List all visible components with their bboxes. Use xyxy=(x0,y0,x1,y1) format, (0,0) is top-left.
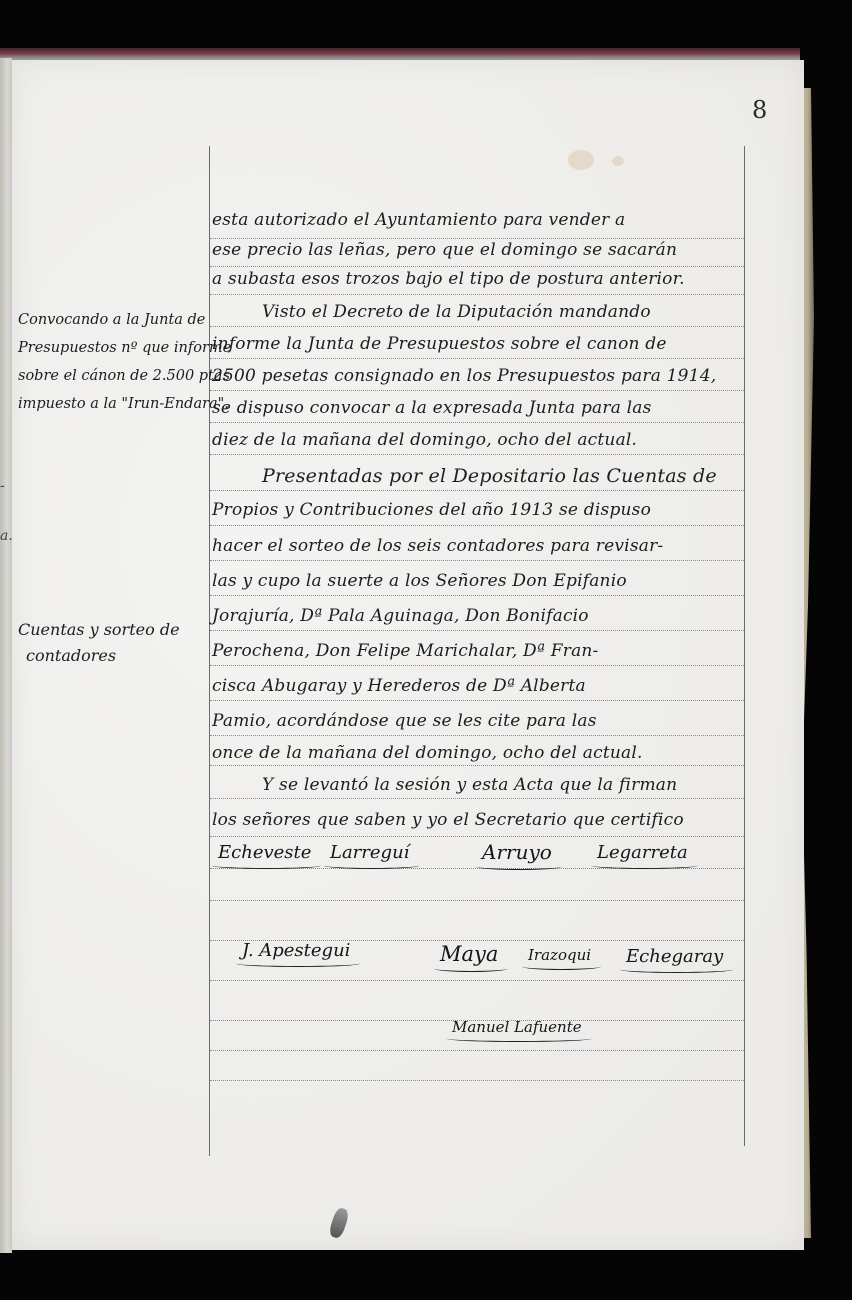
ruled-line xyxy=(210,836,744,837)
ruled-line xyxy=(210,238,744,239)
text-line: Perochena, Don Felipe Marichalar, Dª Fra… xyxy=(212,641,752,661)
ruled-line xyxy=(210,490,744,491)
ruled-line xyxy=(210,765,744,766)
ink-smudge xyxy=(328,1207,351,1240)
ledger-page: 8 esta autorizado el Ayuntamiento para v… xyxy=(12,60,804,1250)
text-line: esta autorizado el Ayuntamiento para ven… xyxy=(212,210,752,230)
ruled-line xyxy=(210,595,744,596)
text-line: Pamio, acordándose que se les cite para … xyxy=(212,711,752,731)
ruled-line xyxy=(210,326,744,327)
margin-note-line: Presupuestos nº que informe xyxy=(18,340,218,356)
bleed-through-mark: - xyxy=(0,478,5,494)
signature: Maya xyxy=(440,942,498,966)
signature: Arruyo xyxy=(482,840,552,864)
text-line: once de la mañana del domingo, ocho del … xyxy=(212,743,752,763)
text-line: se dispuso convocar a la expresada Junta… xyxy=(212,398,752,418)
secretary-signature: Manuel Lafuente xyxy=(452,1018,582,1036)
ruled-line xyxy=(210,700,744,701)
ruled-line xyxy=(210,665,744,666)
ruled-line xyxy=(210,294,744,295)
text-line: las y cupo la suerte a los Señores Don E… xyxy=(212,571,752,591)
ruled-line xyxy=(210,358,744,359)
ruled-line xyxy=(210,560,744,561)
ruled-line xyxy=(210,980,744,981)
margin-note-line: Cuentas y sorteo de xyxy=(18,620,218,639)
paper-stain xyxy=(568,150,594,170)
ruled-line xyxy=(210,454,744,455)
margin-note-line: sobre el cánon de 2.500 ptas xyxy=(18,368,218,384)
paper-stain xyxy=(612,156,624,166)
ruled-line xyxy=(210,1080,744,1081)
margin-note-line: impuesto a la "Irun-Endara". xyxy=(18,396,218,412)
text-line: 2500 pesetas consignado en los Presupues… xyxy=(212,366,752,386)
ruled-line xyxy=(210,900,744,901)
text-line: ese precio las leñas, pero que el doming… xyxy=(212,240,752,260)
margin-note-line: Convocando a la Junta de xyxy=(18,312,218,328)
text-line: a subasta esos trozos bajo el tipo de po… xyxy=(212,269,752,289)
text-line: cisca Abugaray y Herederos de Dª Alberta xyxy=(212,676,752,696)
text-line: Y se levantó la sesión y esta Acta que l… xyxy=(212,775,752,795)
bleed-through-mark: a. xyxy=(0,528,13,544)
text-line: los señores que saben y yo el Secretario… xyxy=(212,810,752,830)
signature: Echegaray xyxy=(626,946,723,967)
signature: Irazoqui xyxy=(528,946,591,964)
ruled-line xyxy=(210,266,744,267)
text-line: diez de la mañana del domingo, ocho del … xyxy=(212,430,752,450)
text-line: Presentadas por el Depositario las Cuent… xyxy=(212,465,752,487)
ruled-line xyxy=(210,390,744,391)
signature: Echeveste xyxy=(218,842,311,863)
ruled-line xyxy=(210,798,744,799)
signature: J. Apestegui xyxy=(242,940,350,961)
signature: Larreguí xyxy=(330,842,409,863)
ruled-line xyxy=(210,735,744,736)
text-line: informe la Junta de Presupuestos sobre e… xyxy=(212,334,752,354)
text-line: Propios y Contribuciones del año 1913 se… xyxy=(212,500,752,520)
ruled-line xyxy=(210,422,744,423)
text-line: Visto el Decreto de la Diputación mandan… xyxy=(212,302,752,322)
margin-note-line: contadores xyxy=(26,646,226,665)
text-line: Jorajuría, Dª Pala Aguinaga, Don Bonifac… xyxy=(212,606,752,626)
ruled-line xyxy=(210,1050,744,1051)
book-spine xyxy=(0,58,12,1253)
ruled-line xyxy=(210,525,744,526)
signature: Legarreta xyxy=(597,842,688,863)
text-line: hacer el sorteo de los seis contadores p… xyxy=(212,536,752,556)
page-number: 8 xyxy=(752,96,767,124)
ruled-line xyxy=(210,630,744,631)
